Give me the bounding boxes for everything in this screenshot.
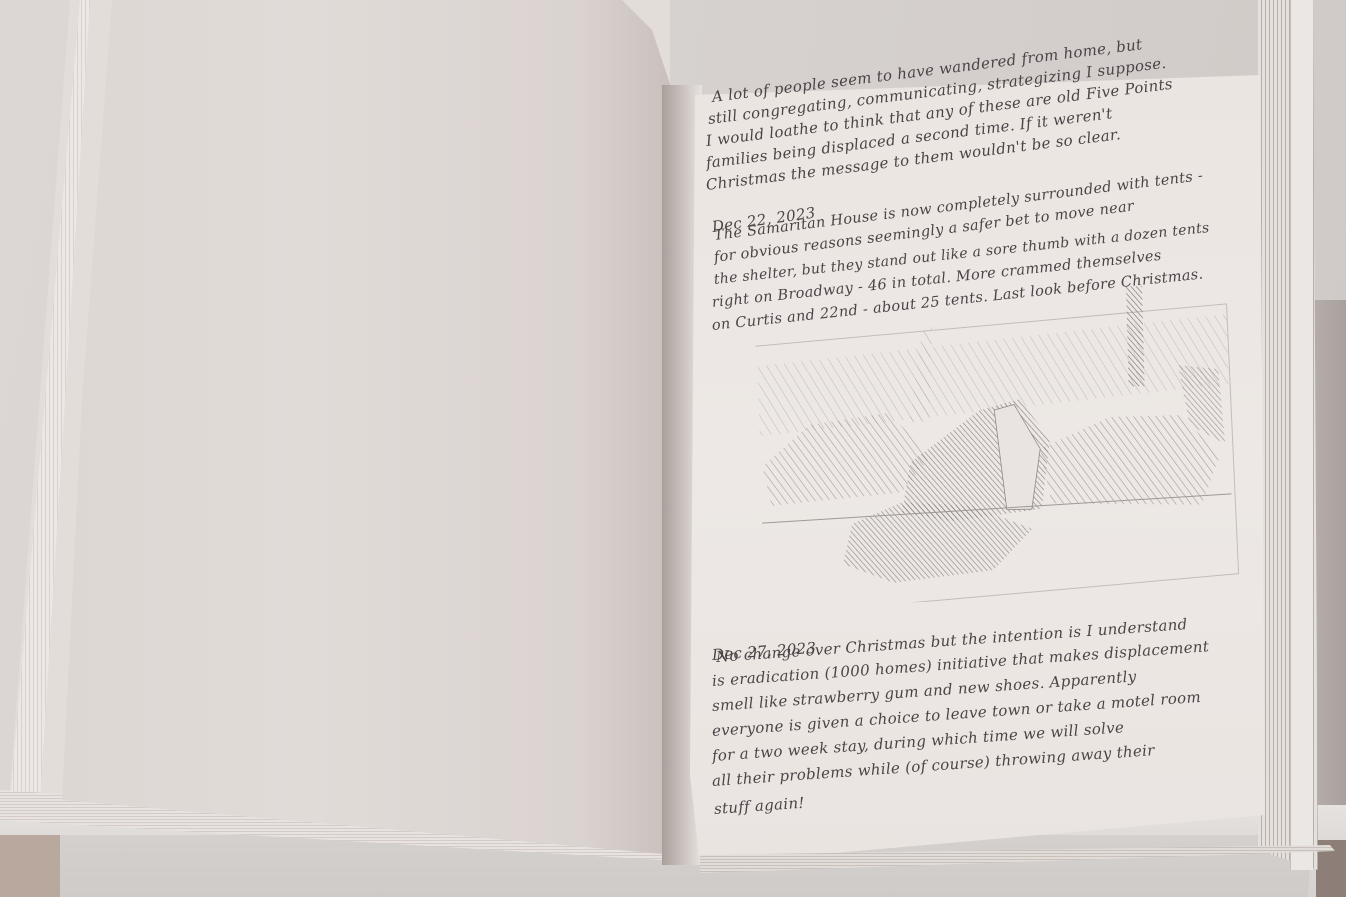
sketch-drawing-icon — [746, 274, 1244, 607]
pencil-sketch — [746, 274, 1244, 607]
back-cover — [1290, 0, 1313, 870]
pedestal-shadow-left — [0, 835, 60, 897]
left-page-blank[interactable] — [62, 0, 672, 855]
